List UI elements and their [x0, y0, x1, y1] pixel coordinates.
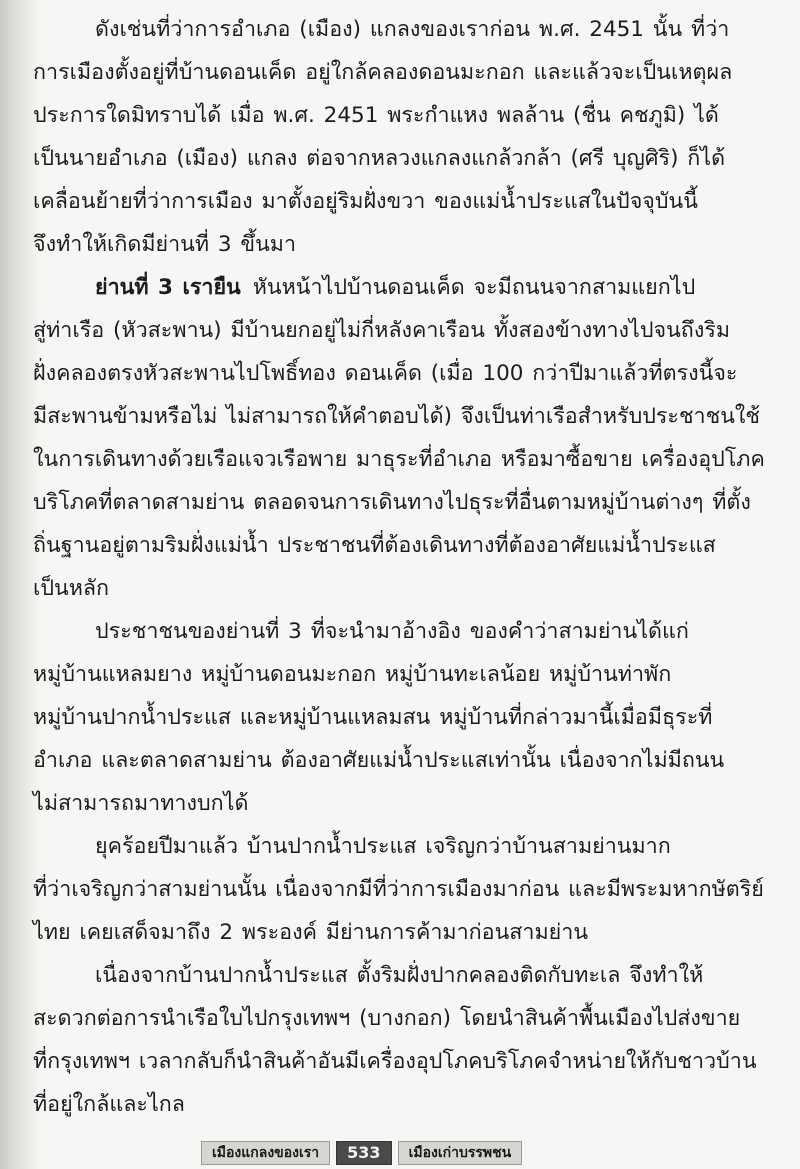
paragraph-3: ประชาชนของย่านที่ 3 ที่จะนำมาอ้างอิง ของ…	[33, 610, 773, 825]
text-line: ที่ว่าเจริญกว่าสามย่านนั้น เนื่องจากมีที…	[33, 868, 773, 911]
text-line: อำเภอ และตลาดสามย่าน ต้องอาศัยแม่น้ำประแ…	[33, 739, 773, 782]
text-line: ไม่สามารถมาทางบกได้	[33, 782, 773, 825]
page-footer: เมืองแกลงของเรา 533 เมืองเก่าบรรพชน	[201, 1141, 522, 1165]
page-body: ดังเช่นที่ว่าการอำเภอ (เมือง) แกลงของเรา…	[33, 8, 773, 1126]
footer-book-title: เมืองแกลงของเรา	[201, 1141, 330, 1165]
text-line: ถิ่นฐานอยู่ตามริมฝั่งแม่น้ำ ประชาชนที่ต้…	[33, 524, 773, 567]
text-line: ฝั่งคลองตรงหัวสะพานไปโพธิ์ทอง ดอนเค็ด (เ…	[33, 352, 773, 395]
text-line: หมู่บ้านแหลมยาง หมู่บ้านดอนมะกอก หมู่บ้า…	[33, 653, 773, 696]
text-line: เคลื่อนย้ายที่ว่าการเมือง มาตั้งอยู่ริมฝ…	[33, 180, 773, 223]
paragraph-2: ย่านที่ 3 เรายืนหันหน้าไปบ้านดอนเค็ด จะม…	[33, 266, 773, 610]
page-number: 533	[336, 1141, 391, 1165]
text-line: เป็นนายอำเภอ (เมือง) แกลง ต่อจากหลวงแกลง…	[33, 137, 773, 180]
text-line: หมู่บ้านปากน้ำประแส และหมู่บ้านแหลมสน หม…	[33, 696, 773, 739]
text-line: ที่อยู่ใกล้และไกล	[33, 1083, 773, 1126]
text-line: การเมืองตั้งอยู่ที่บ้านดอนเค็ด อยู่ใกล้ค…	[33, 51, 773, 94]
text-line: ย่านที่ 3 เรายืนหันหน้าไปบ้านดอนเค็ด จะม…	[33, 266, 773, 309]
text-line: บริโภคที่ตลาดสามย่าน ตลอดจนการเดินทางไปธ…	[33, 481, 773, 524]
text-line: เป็นหลัก	[33, 567, 773, 610]
text-line: เนื่องจากบ้านปากน้ำประแส ตั้งริมฝั่งปากค…	[33, 954, 773, 997]
paragraph-5: เนื่องจากบ้านปากน้ำประแส ตั้งริมฝั่งปากค…	[33, 954, 773, 1126]
footer-section-title: เมืองเก่าบรรพชน	[398, 1141, 523, 1165]
text-line: ไทย เคยเสด็จมาถึง 2 พระองค์ มีย่านการค้า…	[33, 911, 773, 954]
text-line: ที่กรุงเทพฯ เวลากลับก็นำสินค้าอันมีเครื่…	[33, 1040, 773, 1083]
text-run: หันหน้าไปบ้านดอนเค็ด จะมีถนนจากสามแยกไป	[253, 275, 696, 300]
text-line: มีสะพานข้ามหรือไม่ ไม่สามารถให้คำตอบได้)…	[33, 395, 773, 438]
paragraph-4: ยุคร้อยปีมาแล้ว บ้านปากน้ำประแส เจริญกว่…	[33, 825, 773, 954]
text-line: สะดวกต่อการนำเรือใบไปกรุงเทพฯ (บางกอก) โ…	[33, 997, 773, 1040]
text-line: ดังเช่นที่ว่าการอำเภอ (เมือง) แกลงของเรา…	[33, 8, 773, 51]
text-line: ประการใดมิทราบได้ เมื่อ พ.ศ. 2451 พระกำแ…	[33, 94, 773, 137]
section-heading: ย่านที่ 3 เรายืน	[95, 275, 241, 300]
paragraph-1: ดังเช่นที่ว่าการอำเภอ (เมือง) แกลงของเรา…	[33, 8, 773, 266]
text-line: ยุคร้อยปีมาแล้ว บ้านปากน้ำประแส เจริญกว่…	[33, 825, 773, 868]
text-line: สู่ท่าเรือ (หัวสะพาน) มีบ้านยกอยู่ไม่กี่…	[33, 309, 773, 352]
text-line: จึงทำให้เกิดมีย่านที่ 3 ขึ้นมา	[33, 223, 773, 266]
text-line: ประชาชนของย่านที่ 3 ที่จะนำมาอ้างอิง ของ…	[33, 610, 773, 653]
text-line: ในการเดินทางด้วยเรือแจวเรือพาย มาธุระที่…	[33, 438, 773, 481]
